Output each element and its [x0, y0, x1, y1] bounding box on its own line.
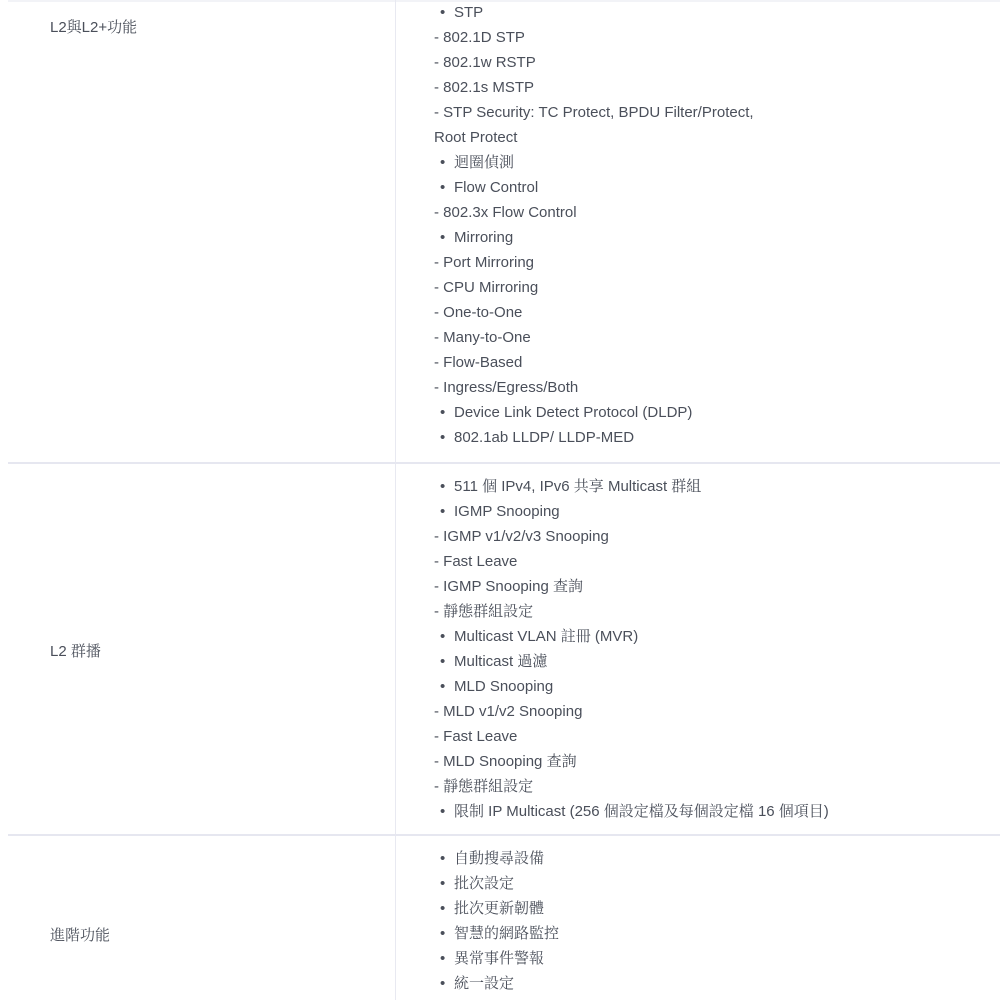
feature-text: Flow Control [454, 179, 538, 196]
feature-text: IGMP Snooping [454, 503, 560, 520]
feature-text: Multicast 過濾 [454, 653, 547, 670]
feature-subitem: MLD v1/v2 Snooping [434, 699, 1000, 724]
feature-text: Fast Leave [443, 728, 517, 745]
spec-label-text: 進階功能 [50, 924, 110, 945]
feature-item: 智慧的網路監控 [434, 921, 1000, 946]
feature-text: Fast Leave [443, 553, 517, 570]
spec-value-list: 511 個 IPv4, IPv6 共享 Multicast 群組IGMP Sno… [396, 464, 1000, 834]
feature-text: 自動搜尋設備 [454, 850, 544, 867]
spec-row-l2-multicast: L2 群播 511 個 IPv4, IPv6 共享 Multicast 群組IG… [8, 464, 1000, 836]
feature-text: STP [454, 4, 483, 21]
feature-item: Flow Control [434, 175, 1000, 200]
feature-text: 批次設定 [454, 875, 514, 892]
feature-text: MLD Snooping 查詢 [443, 753, 576, 770]
feature-item: 統一設定 [434, 971, 1000, 996]
feature-subitem: 802.1w RSTP [434, 50, 1000, 75]
feature-subitem: IGMP Snooping 查詢 [434, 574, 1000, 599]
feature-text: Ingress/Egress/Both [443, 379, 578, 396]
feature-text: IGMP Snooping 查詢 [443, 578, 583, 595]
feature-text: IGMP v1/v2/v3 Snooping [443, 528, 609, 545]
feature-text: Many-to-One [443, 329, 531, 346]
feature-text: MLD v1/v2 Snooping [443, 703, 582, 720]
feature-text: 802.1s MSTP [443, 79, 534, 96]
feature-subitem: One-to-One [434, 300, 1000, 325]
spec-label-text: L2 群播 [50, 640, 101, 661]
feature-subitem: Ingress/Egress/Both [434, 375, 1000, 400]
feature-text: 802.3x Flow Control [443, 204, 576, 221]
feature-item: 自動搜尋設備 [434, 846, 1000, 871]
feature-text: Multicast VLAN 註冊 (MVR) [454, 628, 638, 645]
feature-subitem: IGMP v1/v2/v3 Snooping [434, 524, 1000, 549]
feature-subitem: Fast Leave [434, 549, 1000, 574]
feature-subitem: 802.3x Flow Control [434, 200, 1000, 225]
feature-subitem: STP Security: TC Protect, BPDU Filter/Pr… [434, 100, 1000, 125]
feature-continuation: Root Protect [434, 125, 1000, 150]
spec-table: L2與L2+功能 STP802.1D STP802.1w RSTP802.1s … [8, 0, 1000, 1000]
feature-text: 統一設定 [454, 975, 514, 992]
feature-text: Flow-Based [443, 354, 522, 371]
feature-text: 802.1ab LLDP/ LLDP-MED [454, 429, 634, 446]
feature-item: 批次更新韌體 [434, 896, 1000, 921]
feature-item: Multicast 過濾 [434, 649, 1000, 674]
feature-text: 限制 IP Multicast (256 個設定檔及每個設定檔 16 個項目) [454, 803, 829, 820]
feature-item: 批次設定 [434, 871, 1000, 896]
feature-text: 批次更新韌體 [454, 900, 544, 917]
feature-subitem: Port Mirroring [434, 250, 1000, 275]
feature-item: 異常事件警報 [434, 946, 1000, 971]
feature-item: IGMP Snooping [434, 499, 1000, 524]
spec-label-text: L2與L2+功能 [50, 16, 137, 37]
spec-label: 進階功能 [8, 836, 396, 1000]
feature-subitem: CPU Mirroring [434, 275, 1000, 300]
feature-item: Multicast VLAN 註冊 (MVR) [434, 624, 1000, 649]
feature-item: 511 個 IPv4, IPv6 共享 Multicast 群組 [434, 474, 1000, 499]
feature-text: Root Protect [434, 129, 517, 146]
feature-text: 802.1D STP [443, 29, 525, 46]
feature-subitem: 802.1s MSTP [434, 75, 1000, 100]
feature-item: Mirroring [434, 225, 1000, 250]
feature-subitem: 靜態群組設定 [434, 599, 1000, 624]
feature-subitem: 靜態群組設定 [434, 774, 1000, 799]
feature-subitem: Fast Leave [434, 724, 1000, 749]
feature-text: Device Link Detect Protocol (DLDP) [454, 404, 692, 421]
feature-text: Port Mirroring [443, 254, 534, 271]
feature-text: Mirroring [454, 229, 513, 246]
feature-text: CPU Mirroring [443, 279, 538, 296]
feature-text: 迴圈偵測 [454, 154, 514, 171]
feature-text: 智慧的網路監控 [454, 925, 559, 942]
spec-value-list: STP802.1D STP802.1w RSTP802.1s MSTPSTP S… [396, 0, 1000, 462]
feature-subitem: Many-to-One [434, 325, 1000, 350]
spec-row-l2-features: L2與L2+功能 STP802.1D STP802.1w RSTP802.1s … [8, 0, 1000, 464]
spec-label: L2 群播 [8, 464, 396, 834]
feature-item: Device Link Detect Protocol (DLDP) [434, 400, 1000, 425]
spec-row-advanced-features: 進階功能 自動搜尋設備批次設定批次更新韌體智慧的網路監控異常事件警報統一設定 [8, 836, 1000, 1000]
feature-text: One-to-One [443, 304, 522, 321]
spec-label: L2與L2+功能 [8, 0, 396, 462]
feature-text: 802.1w RSTP [443, 54, 536, 71]
feature-subitem: 802.1D STP [434, 25, 1000, 50]
spec-value-list: 自動搜尋設備批次設定批次更新韌體智慧的網路監控異常事件警報統一設定 [396, 836, 1000, 1000]
feature-text: 靜態群組設定 [443, 603, 533, 620]
feature-item: 迴圈偵測 [434, 150, 1000, 175]
feature-subitem: Flow-Based [434, 350, 1000, 375]
feature-text: STP Security: TC Protect, BPDU Filter/Pr… [443, 104, 753, 121]
feature-text: 511 個 IPv4, IPv6 共享 Multicast 群組 [454, 478, 701, 495]
feature-text: 靜態群組設定 [443, 778, 533, 795]
feature-item: MLD Snooping [434, 674, 1000, 699]
feature-text: 異常事件警報 [454, 950, 544, 967]
feature-item: 802.1ab LLDP/ LLDP-MED [434, 425, 1000, 450]
feature-text: MLD Snooping [454, 678, 553, 695]
feature-item: 限制 IP Multicast (256 個設定檔及每個設定檔 16 個項目) [434, 799, 1000, 824]
feature-item: STP [434, 0, 1000, 25]
feature-subitem: MLD Snooping 查詢 [434, 749, 1000, 774]
